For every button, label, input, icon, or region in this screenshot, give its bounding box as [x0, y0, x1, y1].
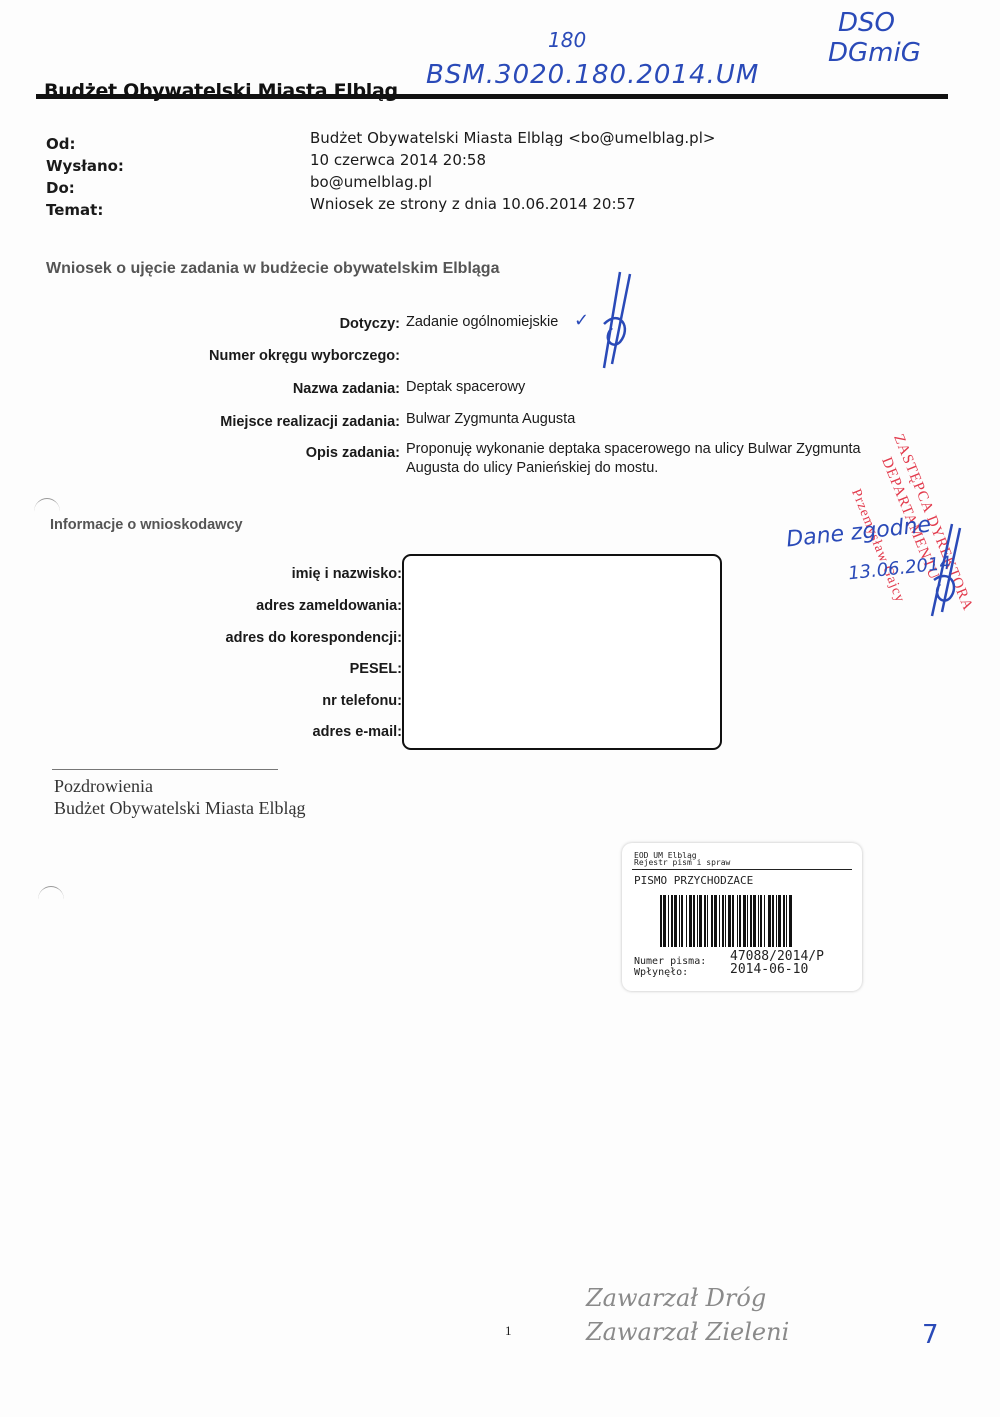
handwritten-top-right-1: DSO: [838, 8, 895, 38]
meta-value: Wniosek ze strony z dnia 10.06.2014 20:5…: [310, 195, 636, 213]
form-title: Wniosek o ujęcie zadania w budżecie obyw…: [46, 260, 499, 278]
registry-label: EOD UM Elbląg Rejestr pism i spraw PISMO…: [622, 843, 862, 991]
applicant-label-registered-address: adres zameldowania:: [256, 598, 402, 614]
signature-rule: [52, 769, 278, 770]
registry-rule: [632, 869, 852, 870]
meta-label: Od:: [46, 135, 76, 153]
field-label: Opis zadania:: [306, 445, 400, 461]
handwritten-case-number: BSM.3020.180.2014.UM: [426, 60, 759, 90]
field-label: Nazwa zadania:: [293, 381, 400, 397]
email-meta: Od: Budżet Obywatelski Miasta Elbląg <bo…: [46, 132, 746, 220]
header-rule: [36, 94, 948, 99]
pencil-note-line1: Zawarzał Dróg: [586, 1284, 766, 1312]
handwritten-page-count: 7: [922, 1320, 939, 1350]
field-value-line1: Proponuję wykonanie deptaka spacerowego …: [406, 441, 861, 457]
field-value-line2: Augusta do ulicy Panieńskiej do mostu.: [406, 460, 658, 476]
barcode: [660, 895, 840, 947]
meta-value: bo@umelblag.pl: [310, 173, 432, 191]
closing-sender: Budżet Obywatelski Miasta Elbląg: [54, 797, 305, 819]
field-value: Zadanie ogólnomiejskie: [406, 314, 558, 330]
applicant-label-name: imię i nazwisko:: [292, 566, 402, 582]
registry-received-value: 2014-06-10: [730, 962, 808, 977]
meta-label: Temat:: [46, 201, 103, 219]
registry-type: PISMO PRZYCHODZACE: [634, 874, 753, 887]
field-value: Bulwar Zygmunta Augusta: [406, 411, 575, 427]
applicant-label-email: adres e-mail:: [313, 724, 402, 740]
punch-hole-mark: [38, 886, 64, 913]
handwritten-case-number-above: 180: [548, 28, 586, 52]
applicant-label-phone: nr telefonu:: [322, 693, 402, 709]
applicant-title: Informacje o wnioskodawcy: [50, 517, 243, 533]
checkmark-icon: ✓: [574, 310, 589, 331]
meta-value: Budżet Obywatelski Miasta Elbląg <bo@ume…: [310, 129, 715, 147]
registry-received-label: Wpłynęło:: [634, 967, 688, 978]
meta-label: Wysłano:: [46, 157, 124, 175]
field-value: Deptak spacerowy: [406, 379, 525, 395]
field-label: Numer okręgu wyborczego:: [209, 348, 400, 364]
field-label: Miejsce realizacji zadania:: [220, 414, 400, 430]
signature-icon: [924, 520, 974, 620]
closing-greeting: Pozdrowienia: [54, 775, 305, 797]
meta-label: Do:: [46, 179, 75, 197]
meta-value: 10 czerwca 2014 20:58: [310, 151, 486, 169]
applicant-label-pesel: PESEL:: [350, 661, 402, 677]
page-number: 1: [505, 1323, 512, 1339]
registry-number-label: Numer pisma:: [634, 956, 706, 967]
signature-icon: [590, 268, 640, 378]
pencil-note-line2: Zawarzał Zieleni: [586, 1318, 789, 1346]
field-label: Dotyczy:: [340, 316, 400, 332]
handwritten-top-right-2: DGmiG: [828, 38, 921, 68]
redaction-box: [402, 554, 722, 750]
meta-row-subject: Temat: Wniosek ze strony z dnia 10.06.20…: [46, 198, 746, 220]
registry-header-line2: Rejestr pism i spraw: [634, 858, 730, 867]
closing: Pozdrowienia Budżet Obywatelski Miasta E…: [54, 775, 305, 819]
applicant-label-mailing-address: adres do korespondencji:: [226, 630, 402, 646]
